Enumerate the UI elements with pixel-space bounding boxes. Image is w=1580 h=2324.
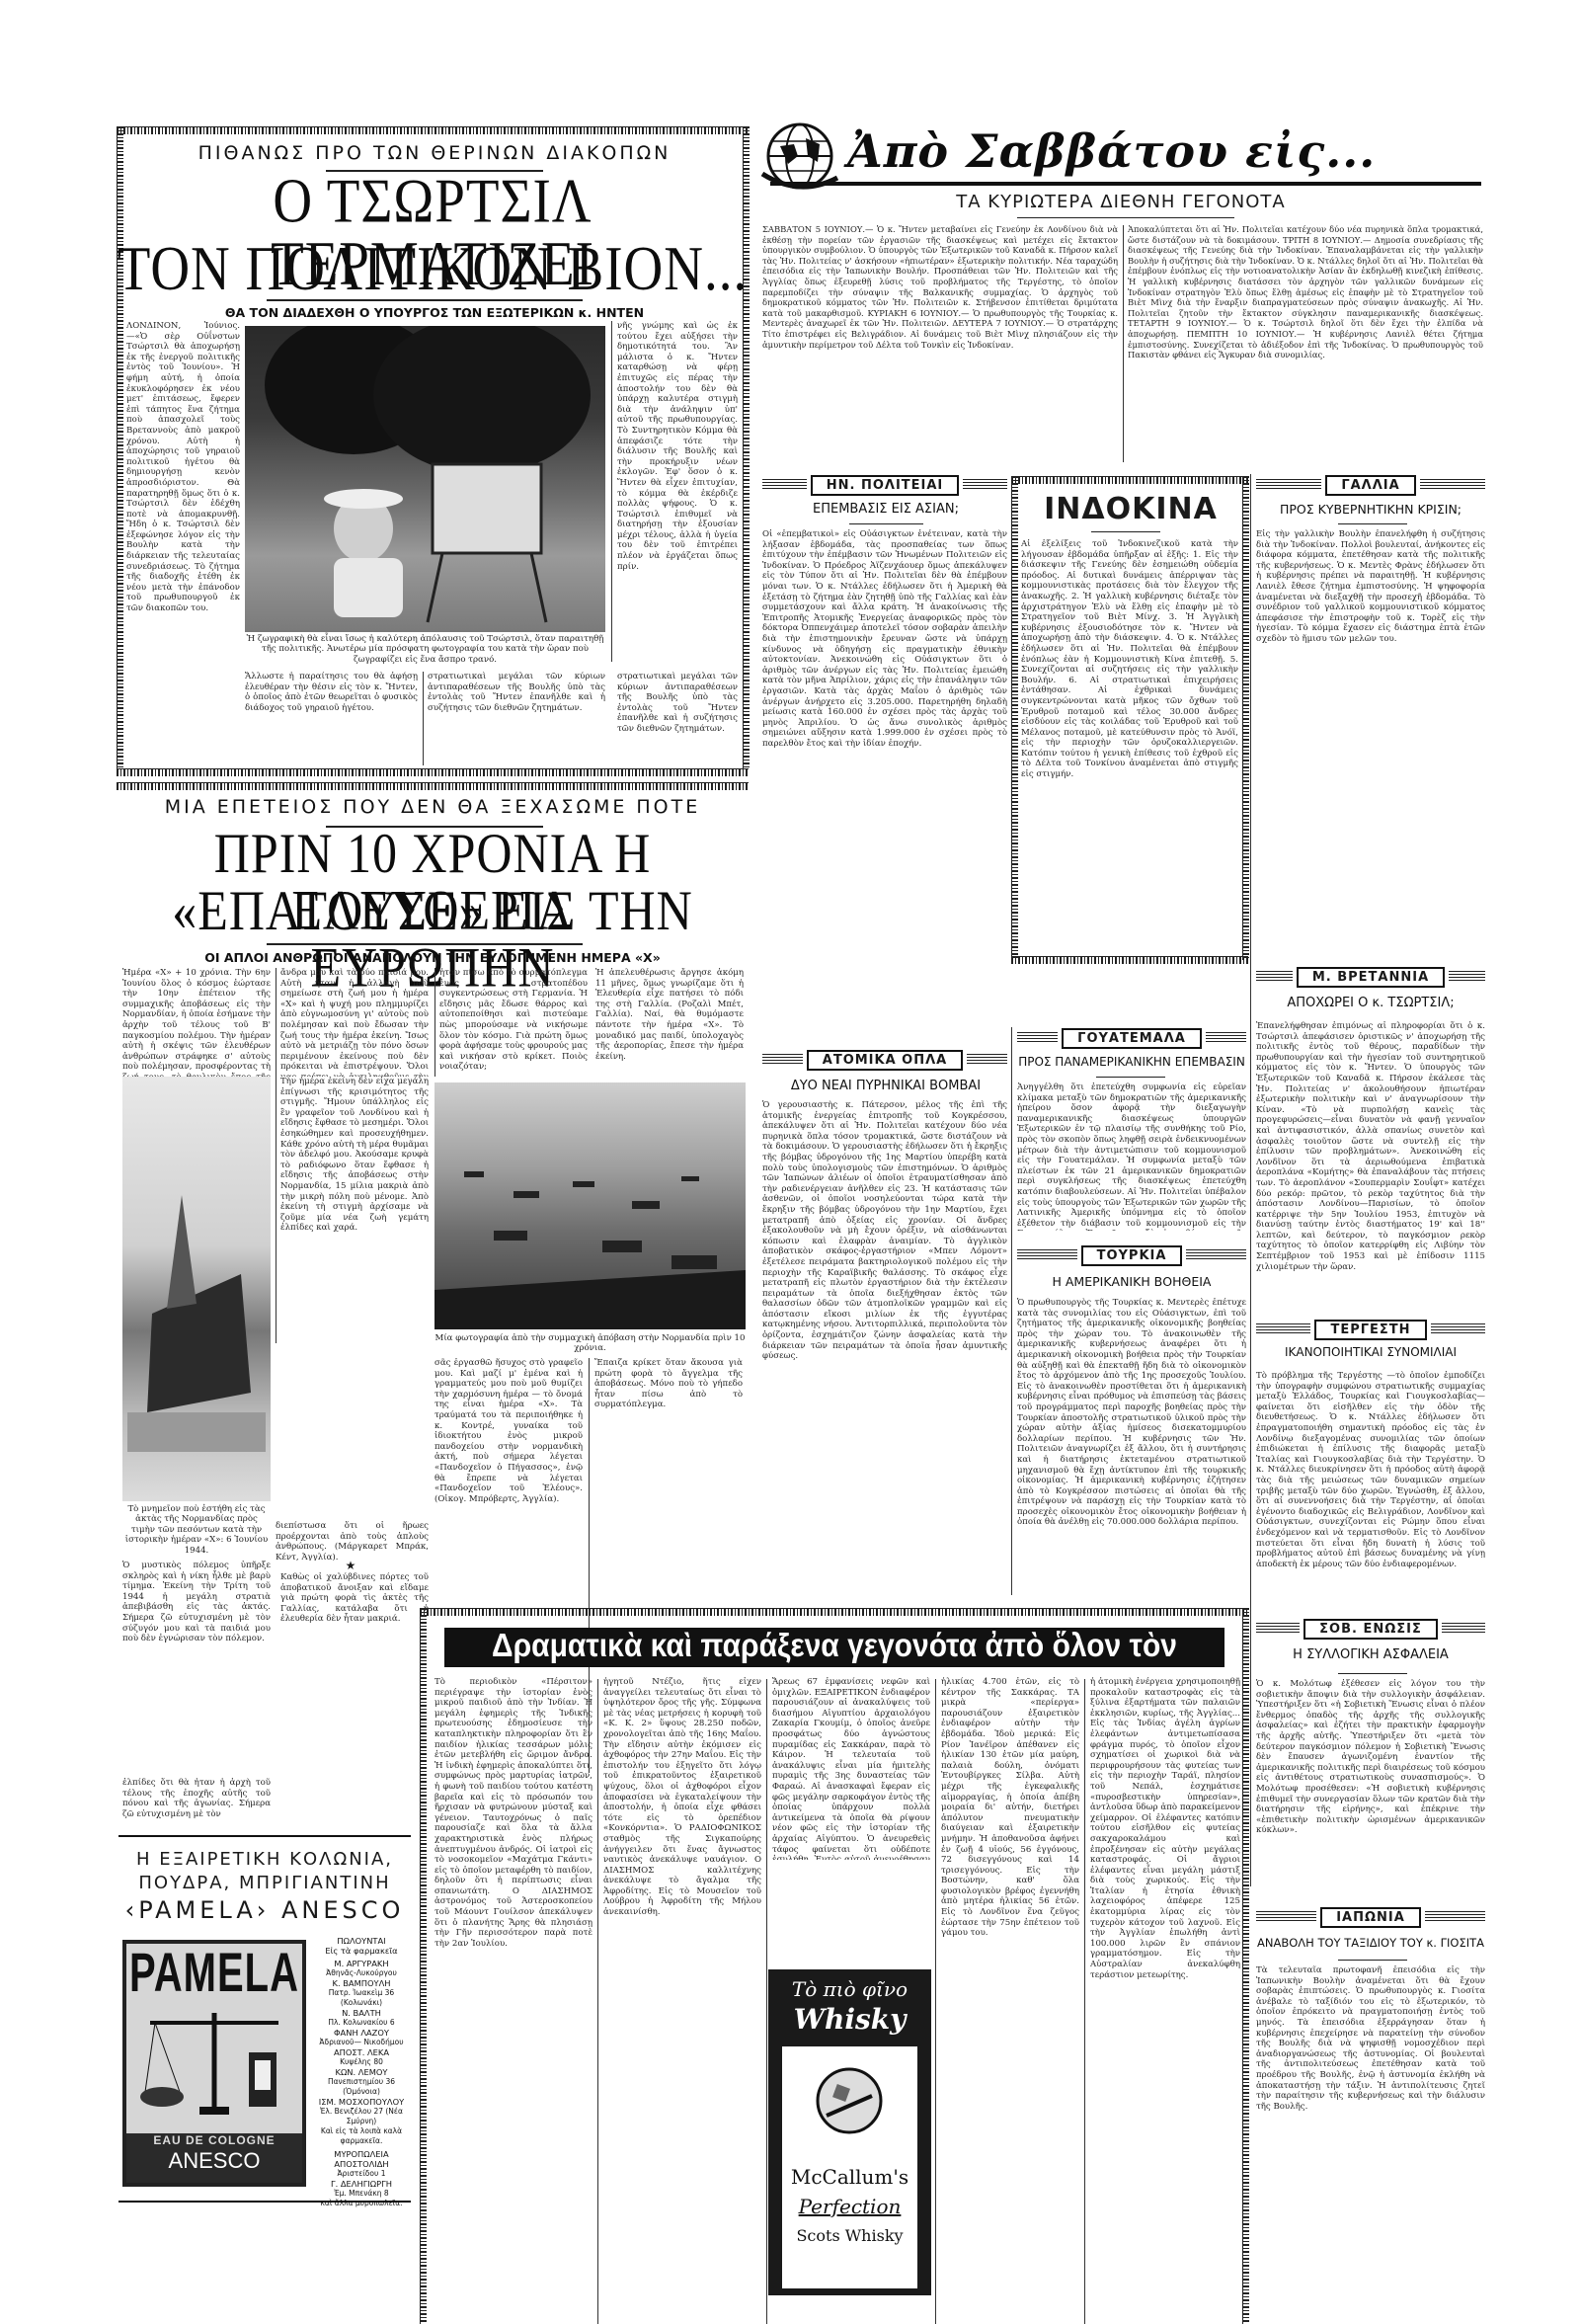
tag-lines [967,1054,1007,1066]
article-body: Εἰς τὴν γαλλικὴν Βουλὴν ἐπανελήφθη ἡ συζ… [1256,529,1485,959]
store-name: ΚΩΝ. ΛΕΜΟΥ [312,2067,411,2077]
section-title: ΔΥΟ ΝΕΑΙ ΠΥΡΗΝΙΚΑΙ ΒΟΜΒΑΙ [762,1079,1009,1093]
section-tag-usa: ΗΝ. ΠΟΛΙΤΕΙΑΙ [762,474,1007,496]
photo-caption: Τὸ μνημεῖον ποὺ ἐστήθη εἰς τὰς ἀκτὰς τῆς… [122,1504,271,1556]
perfumery-name: ΑΠΟΣΤΟΛΙΔΗ [312,2159,411,2169]
product-label-2: ANESCO [126,2148,302,2174]
article-column: ΛΟΝΔΙΝΟΝ, Ἰούνιος.—«Ὁ σὲρ Οὐΐνστων Τσώρτ… [126,321,240,672]
section-label: ΤΕΡΓΕΣΤΗ [1314,1320,1426,1340]
tag-lines [762,1054,803,1066]
column-rule [423,672,424,765]
store-address: Πατρ. Ἰωακεὶμ 36 (Κολωνάκι) [312,1988,411,2008]
store-address: Ἀδριανοῦ— Νικοδήμου [312,2038,411,2047]
masthead-subtitle: ΤΑ ΚΥΡΙΩΤΕΡΑ ΔΙΕΘΝΗ ΓΕΓΟΝΟΤΑ [760,192,1481,212]
pamela-advertisement: Η ΕΞΑΙΡΕΤΙΚΗ ΚΟΛΩΝΙΑ, ΠΟΥΔΡΑ, ΜΠΡΙΓΙΑΝΤΙ… [118,1835,411,2203]
section-tag-ussr: ΣΟΒ. ΕΝΩΣΙΣ [1256,1618,1485,1640]
divider [1017,217,1234,218]
border-indochina-left [1011,476,1018,960]
article-column: διεπίστωσα ὅτι οἱ ἥρωες προέρχονται ἀπὸ … [276,1521,429,1561]
border-indochina-right [1242,476,1249,960]
section-title: Η ΣΥΛΛΟΓΙΚΗ ΑΣΦΑΛΕΙΑ [1256,1647,1485,1662]
section-title: Η ΑΜΕΡΙΚΑΝΙΚΗ ΒΟΗΘΕΙΑ [1017,1274,1246,1289]
normandy-memorial-photo [122,1077,271,1501]
tag-lines [1442,1623,1485,1635]
section-tag-france: ΓΑΛΛΙΑ [1256,474,1485,496]
store-name: ΑΠΟΣΤ. ΛΕΚΑ [312,2047,411,2057]
masthead-title: Ἀπὸ Σαββάτου εἰς... [847,124,1479,178]
tag-lines [963,479,1007,491]
article-kicker: ΠΙΘΑΝΩΣ ΠΡΟ ΤΩΝ ΘΕΡΙΝΩΝ ΔΙΑΚΟΠΩΝ [128,142,741,164]
article-column: Ὁ μυστικὸς πόλεμος ὑπῆρξε σκληρὸς καὶ ἡ … [122,1561,271,1773]
product-name: PAMELA [126,1943,302,2005]
article-column: Καθὼς οἱ χαλύβδινες πόρτες τοῦ ἀποβατικο… [280,1572,429,1770]
article-body: Αἱ ἐξελίξεις τοῦ Ἰνδοκινεζικοῦ κατὰ τὴν … [1021,539,1238,954]
divider [267,299,583,301]
ad-headline-line-2: ΠΟΥΔΡΑ, ΜΠΡΙΓΙΑΝΤΙΝΗ [118,1873,411,1893]
border-bottom-left [117,768,749,776]
column-rule [1123,225,1124,462]
divider [1091,531,1160,532]
perfumeries-label: ΜΥΡΟΠΩΛΕΙΑ [312,2149,411,2159]
border-top-left [117,126,749,134]
store-name: Κ. ΒΑΜΠΟΥΛΗ [312,1978,411,1988]
tag-lines [1186,1249,1246,1261]
ad-headline-line-1: Η ΕΞΑΙΡΕΤΙΚΗ ΚΟΛΩΝΙΑ, [118,1849,411,1870]
section-title: ΑΝΑΒΟΛΗ ΤΟΥ ΤΑΞΙΔΙΟΥ ΤΟΥ κ. ΓΙΟΣΙΤΑ [1256,1936,1485,1950]
article-body: Ἐπανελήφθησαν ἐπιμόνως αἱ πληροφορίαι ὅτ… [1256,1021,1485,1308]
column-rule [935,1679,936,2324]
article-body: Ὁ πρωθυπουργὸς τῆς Τουρκίας κ. Μεντερὲς … [1017,1298,1246,1594]
weekly-events-column: ΣΑΒΒΑΤΟΝ 5 ΙΟΥΝΙΟΥ.— Ὁ κ. Ἤντεν μεταβαίν… [762,224,1118,466]
store-address: Πλ. Κολωνακίου 6 [312,2018,411,2028]
world-column: ἡγητοῦ Ντέζιο, ἥτις εἶχεν ἀναγγείλει τελ… [603,1677,761,2324]
landing-illustration-icon [434,1082,746,1329]
column-rule [276,968,276,1343]
more-stores: Καὶ εἰς τὰ λοιπὰ καλὰ φαρμακεῖα. [312,2126,411,2146]
star-separator-icon: ★ [276,1559,425,1572]
border-top-mid [117,782,749,790]
article-column: Ἡμέρα «Χ» + 10 χρόνια. Τὴν 6ην Ἰουνίου ὅ… [122,968,271,1077]
article-column: νῆς γνώμης καὶ ὡς ἐκ τούτου ἔχει αὐξήσει… [617,321,738,662]
whisky-advertisement: Τὸ πιὸ φῖνο Whisky McCallum's Perfection… [768,1969,931,2295]
divider [1338,1960,1407,1961]
photo-illustration-icon [245,326,605,632]
weekly-events-column: Ἀποκαλύπτεται ὅτι αἱ Ἡν. Πολιτεῖαι κατέχ… [1128,224,1483,466]
photo-caption: Μία φωτογραφία ἀπὸ τὴν συμμαχικὴ ἀπόβαση… [434,1333,746,1354]
border-indochina-bottom [1011,956,1248,964]
border-world-top [420,1608,1249,1616]
article-body: Ὁ κ. Μολότωφ ἐξέθεσεν εἰς λόγον του τὴν … [1256,1679,1485,1901]
divider [267,943,583,945]
ad-line-2: Whisky [768,2003,931,2036]
border-world-right [1242,1608,1249,2324]
article-column: ἐλπίδες ὅτι θὰ ἦταν ἡ ἀρχὴ τοῦ τέλους τῆ… [122,1778,271,1819]
section-tag-atomic: ΑΤΟΜΙΚΑ ΟΠΛΑ [762,1049,1007,1071]
section-tag-britain: Μ. ΒΡΕΤΑΝΝΙΑ [1256,966,1485,988]
section-label: ΑΤΟΜΙΚΑ ΟΠΛΑ [807,1050,963,1071]
article-column: ἦταν πίσω ἀπὸ τὸ συρματόπλεγμα ἑνὸς στρα… [439,968,588,1077]
tag-lines [1256,479,1321,491]
article-column: στρατιωτικαὶ μεγάλαι τῶν κύριων ἀντιπαρα… [428,672,605,765]
pamela-product-image: PAMELA EAU DE COLOGNE ANESCO [122,1940,306,2187]
column-rule [1250,474,1251,1886]
section-label: ΤΟΥΡΚΙΑ [1081,1245,1183,1266]
article-subhead: ΟΙ ΑΠΛΟΙ ΑΝΘΡΩΠΟΙ ΑΝΑΠΟΛΟΥΝ ΤΗΝ ΕΥΛΟΓΗΜΕ… [117,950,749,965]
world-events-banner: Δραματικὰ καὶ παράξενα γεγονότα ἀπὸ ὅλον… [444,1628,1224,1667]
article-body: Τὰ τελευταῖα πρωτοφανῆ ἐπεισόδια εἰς τὴν… [1256,1965,1485,2301]
tag-lines [1017,1249,1077,1261]
perfumery-address: Ἐμ. Μπενάκη 8 [312,2189,411,2199]
tag-lines [762,479,807,491]
store-name: Ν. ΒΑΛΤΗ [312,2008,411,2018]
article-body: Ὁ γερουσιαστὴς κ. Πάτερσον, μέλος τῆς ἐπ… [762,1100,1007,1594]
world-column: ἡ ἀτομικὴ ἐνέργεια χρησιμοποιηθῇ προκαλο… [1090,1677,1240,2324]
more-perfumeries: καὶ ἄλλα μυροπωλεῖα. [312,2199,411,2208]
section-label: ΙΑΠΩΝΙΑ [1320,1907,1421,1928]
section-title: ΑΠΟΧΩΡΕΙ Ο κ. ΤΣΩΡΤΣΙΛ; [1256,996,1485,1010]
churchill-painting-photo [245,326,605,632]
column-rule [766,1679,767,2324]
section-tag-guatemala: ΓΟΥΑΤΕΜΑΛΑ [1017,1027,1246,1049]
tag-lines [1420,479,1485,491]
article-body: Τὸ πρόβλημα τῆς Τεργέστης —τὸ ὁποῖον ἐμπ… [1256,1371,1485,1608]
border-world-left [420,1608,427,2324]
section-title: ΙΚΑΝΟΠΟΙΗΤΙΚΑΙ ΣΥΝΟΜΙΛΙΑΙ [1256,1345,1485,1359]
whisky-variety: Perfection [782,2195,917,2218]
normandy-landing-photo [434,1082,746,1329]
tag-lines [1206,1032,1246,1044]
section-title-indochina: ΙΝΔΟΚΙΝΑ [1019,492,1242,526]
store-list: ΠΩΛΟΥΝΤΑΙ Εἰς τὰ φαρμακεῖα Μ. ΑΡΓΥΡΑΚΗἈθ… [312,1936,411,2208]
column-rule [1084,1679,1085,2324]
photo-caption: Ἡ ζωγραφικὴ θὰ εἶναι ἴσως ἡ καλύτερη ἀπό… [245,634,605,665]
store-address: Κυψέλης 80 [312,2057,411,2067]
whisky-brand: McCallum's [782,2165,917,2189]
section-label: ΓΑΛΛΙΑ [1325,475,1415,496]
scale-balance-icon [140,2003,288,2122]
ad-headline-line-3: ‹PAMELA› ANESCO [118,1896,411,1924]
whisky-type: Scots Whisky [782,2226,917,2245]
tag-lines [1256,1911,1316,1923]
ad-line-1: Τὸ πιὸ φῖνο [768,1977,931,2001]
tag-lines [1256,1623,1300,1635]
article-column: ἄνδρα μου καὶ τὰ δύο παιδιά μου. Αὐτὴ ἦτ… [280,968,429,1077]
section-label: ΗΝ. ΠΟΛΙΤΕΙΑΙ [811,475,960,496]
world-column: Ἄρεως 67 ἐμφανίσεις νεφῶν καὶ ὁμιχλῶν. Ε… [772,1677,930,1860]
column-rule [597,1679,598,2324]
tag-lines [1449,971,1485,983]
whisky-emblem-icon [815,2066,884,2135]
store-name: Μ. ΑΡΓΥΡΑΚΗ [312,1959,411,1968]
divider [1338,523,1407,524]
whisky-label: McCallum's Perfection Scots Whisky [782,2046,917,2288]
store-name: ΦΑΝΗ ΛΑΖΟΥ [312,2028,411,2038]
perfumery-name: Γ. ΔΕΛΗΓΙΩΡΓΗ [312,2179,411,2189]
divider [849,523,923,524]
border-indochina-top [1011,476,1248,484]
section-label: ΣΟΒ. ΕΝΩΣΙΣ [1303,1619,1438,1640]
tag-lines [1256,1323,1310,1335]
section-title: ΠΡΟΣ ΠΑΝΑΜΕΡΙΚΑΝΙΚΗΝ ΕΠΕΜΒΑΣΙΝ [1017,1055,1246,1069]
memorial-illustration-icon [122,1077,271,1501]
article-body: Οἱ «ἐπεμβατικοὶ» εἰς Οὐάσιγκτων ἐνέτεινα… [762,529,1007,1043]
section-tag-trieste: ΤΕΡΓΕΣΤΗ [1256,1319,1485,1340]
section-label: ΓΟΥΑΤΕΜΑΛΑ [1062,1028,1202,1049]
article-column: Τὴν ἡμέρα ἐκείνη δὲν εἶχα μεγάλη ἐπίγνωσ… [280,1077,429,1521]
article-column: Ἄλλωστε ἡ παραίτησις του θὰ ἀφήσῃ ἐλευθέ… [245,672,418,765]
divider [1338,1673,1407,1674]
article-headline-line-2: ΤΟΝ ΠΟΛΙΤΙΚΟΝ ΒΙΟΝ... [117,237,749,299]
product-label-1: EAU DE COLOGNE [126,2133,302,2147]
store-name: ΙΣΜ. ΜΟΣΧΟΠΟΥΛΟΥ [312,2097,411,2107]
column-rule [1011,1027,1012,1595]
tag-lines [1017,1032,1058,1044]
store-address: Πανεπιστημίου 36 (Ὁμόνοια) [312,2077,411,2097]
store-address: Ἐλ. Βενιζέλου 27 (Νέα Σμύρνη) [312,2107,411,2126]
section-tag-turkey: ΤΟΥΡΚΙΑ [1017,1244,1246,1266]
article-body: Ἀνηγγέλθη ὅτι ἐπετεύχθη συμφωνία εἰς εὐρ… [1017,1082,1246,1231]
section-title: ΕΠΕΜΒΑΣΙΣ ΕΙΣ ΑΣΙΑΝ; [762,502,1009,517]
tag-lines [1431,1323,1485,1335]
sold-at-sub: Εἰς τὰ φαρμακεῖα [312,1946,411,1956]
section-title: ΠΡΟΣ ΚΥΒΕΡΝΗΤΙΚΗΝ ΚΡΙΣΙΝ; [1256,502,1485,517]
section-tag-japan: ΙΑΠΩΝΙΑ [1256,1906,1485,1928]
store-address: Ἀθηνᾶς-Λυκούργου [312,1968,411,1978]
section-label: Μ. ΒΡΕΤΑΝΝΙΑ [1297,967,1445,988]
article-column: στρατιωτικαὶ μεγάλαι τῶν κύριων ἀντιπαρα… [617,672,738,765]
masthead-rule [770,182,1481,186]
world-column: ἡλικίας 4.700 ἐτῶν, εἰς τὸ κέντρον τῆς Σ… [941,1677,1079,2324]
tag-lines [1425,1911,1485,1923]
divider [1096,1077,1165,1078]
column-rule [611,321,612,662]
article-kicker: ΜΙΑ ΕΠΕΤΕΙΟΣ ΠΟΥ ΔΕΝ ΘΑ ΞΕΧΑΣΩΜΕ ΠΟΤΕ [117,796,749,818]
article-subhead: ΘΑ ΤΟΝ ΔΙΑΔΕΧΘΗ Ο ΥΠΟΥΡΓΟΣ ΤΩΝ ΕΞΩΤΕΡΙΚΩ… [128,305,741,320]
sold-at-label: ΠΩΛΟΥΝΤΑΙ [312,1936,411,1946]
column-rule [434,968,435,1077]
perfumery-address: Ἀριστείδου 1 [312,2169,411,2179]
tag-lines [1256,971,1293,983]
world-column: Τὸ περιοδικὸν «Πέρσιτον» περιέγραψε τὴν … [434,1677,592,2324]
article-column: Ἡ ἀπελευθέρωσις ἄργησε ἀκόμη 11 μῆνες, ὅ… [595,968,744,1077]
